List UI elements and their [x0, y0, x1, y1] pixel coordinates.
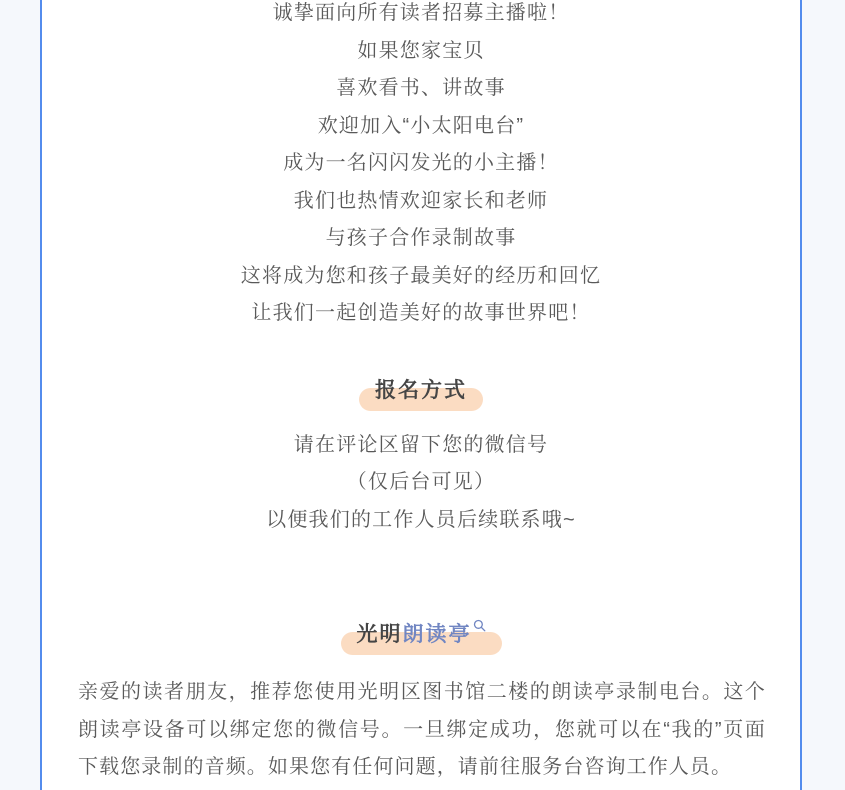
intro-line: 这将成为您和孩子最美好的经历和回忆	[42, 258, 800, 296]
intro-line: 我们也热情欢迎家长和老师	[42, 183, 800, 221]
booth-heading-keyword-link[interactable]: 朗读亭	[403, 623, 472, 646]
signup-heading-text: 报名方式	[375, 379, 467, 402]
intro-line: 让我们一起创造美好的故事世界吧！	[42, 295, 800, 333]
booth-heading-row: 光明朗读亭	[42, 621, 800, 649]
signup-line: 请在评论区留下您的微信号	[42, 427, 800, 465]
intro-section: 诚挚面向所有读者招募主播啦！ 如果您家宝贝 喜欢看书、讲故事 欢迎加入“小太阳电…	[42, 0, 800, 333]
booth-paragraph: 亲爱的读者朋友，推荐您使用光明区图书馆二楼的朗读亭录制电台。这个朗读亭设备可以绑…	[42, 674, 800, 787]
booth-heading: 光明朗读亭	[357, 621, 486, 649]
booth-heading-prefix: 光明	[357, 623, 403, 646]
signup-section: 请在评论区留下您的微信号 （仅后台可见） 以便我们的工作人员后续联系哦~	[42, 427, 800, 540]
signup-heading: 报名方式	[375, 377, 467, 405]
signup-line: 以便我们的工作人员后续联系哦~	[42, 502, 800, 540]
signup-line: （仅后台可见）	[42, 464, 800, 502]
article-card: 诚挚面向所有读者招募主播啦！ 如果您家宝贝 喜欢看书、讲故事 欢迎加入“小太阳电…	[40, 0, 802, 790]
intro-line: 与孩子合作录制故事	[42, 220, 800, 258]
signup-heading-row: 报名方式	[42, 377, 800, 405]
intro-line: 成为一名闪闪发光的小主播！	[42, 145, 800, 183]
intro-line: 诚挚面向所有读者招募主播啦！	[42, 0, 800, 33]
intro-line: 如果您家宝贝	[42, 33, 800, 71]
intro-line: 喜欢看书、讲故事	[42, 70, 800, 108]
magnifier-icon[interactable]	[473, 619, 486, 632]
intro-line: 欢迎加入“小太阳电台”	[42, 108, 800, 146]
